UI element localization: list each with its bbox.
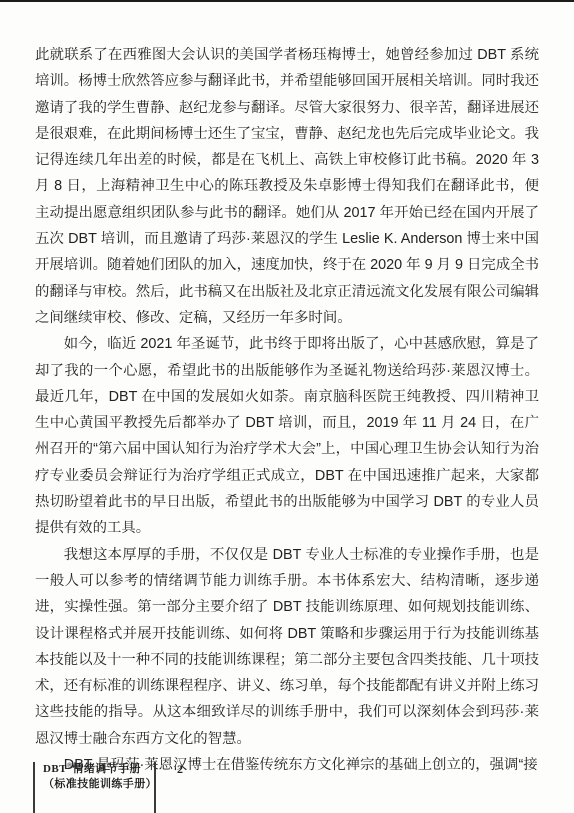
book-subtitle: （标准技能训练手册）: [43, 778, 157, 790]
paragraph: 我想这本厚厚的手册，不仅仅是 DBT 专业人士标准的专业操作手册，也是一般人可以…: [35, 542, 539, 752]
footer-rule-right: [154, 762, 156, 813]
book-page: 此就联系了在西雅图大会认识的美国学者杨珏梅博士，她曾经参加过 DBT 系统培训。…: [0, 0, 574, 813]
book-title-suffix: 情绪调节手册: [72, 763, 140, 775]
paragraph: 此就联系了在西雅图大会认识的美国学者杨珏梅博士，她曾经参加过 DBT 系统培训。…: [35, 42, 539, 331]
book-title-prefix: DBT: [43, 763, 67, 775]
footer-book-title: DBT®情绪调节手册 （标准技能训练手册）: [43, 762, 153, 791]
paragraph: 如今，临近 2021 年圣诞节，此书终于即将出版了，心中甚感欣慰，算是了却了我的…: [35, 331, 539, 541]
page-number: 2: [177, 762, 183, 777]
scan-edge-artifact: [0, 0, 574, 2]
text-body: 此就联系了在西雅图大会认识的美国学者杨珏梅博士，她曾经参加过 DBT 系统培训。…: [35, 42, 539, 778]
footer-rule-left: [33, 762, 35, 813]
book-title-line: DBT®情绪调节手册: [43, 763, 141, 775]
